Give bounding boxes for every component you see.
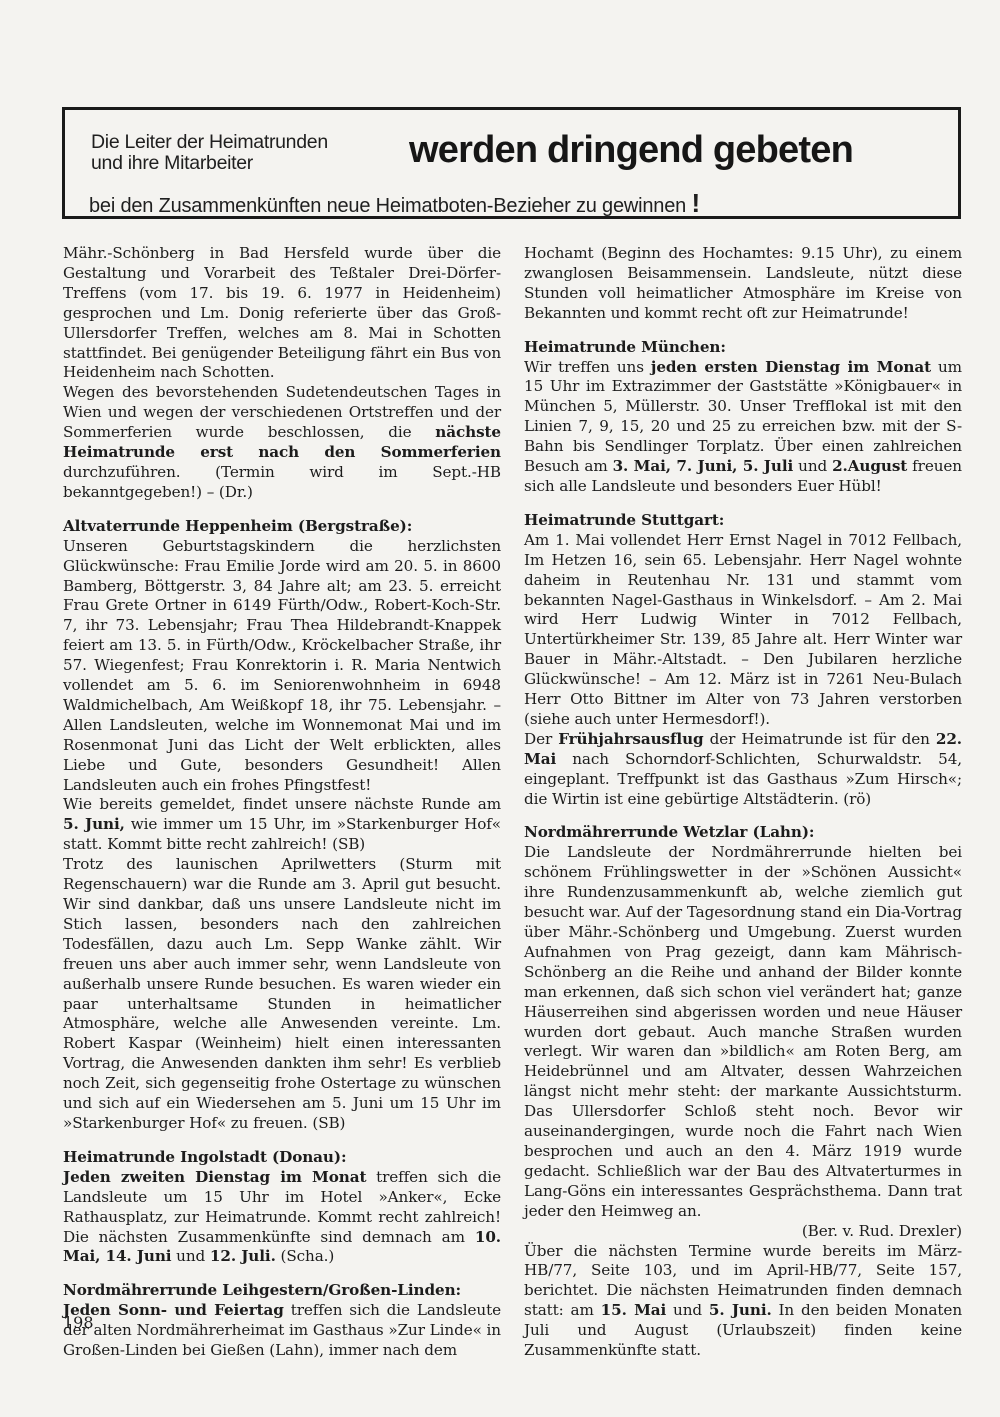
left-column: Mähr.-Schönberg in Bad Hersfeld wurde üb… bbox=[63, 244, 501, 1361]
text-run: durchzuführen. (Termin wird im Sept.-HB … bbox=[63, 463, 501, 501]
paragraph-leihgestern: Jeden Sonn- und Feiertag treffen sich di… bbox=[63, 1301, 501, 1361]
bold-text-run: Jeden zweiten Dienstag im Monat bbox=[63, 1168, 366, 1186]
text-run: und bbox=[793, 457, 832, 475]
bold-text-run: 2.August bbox=[832, 457, 907, 475]
notice-left-line-1: Die Leiter der Heimatrunden bbox=[91, 132, 328, 153]
notice-headline: werden dringend gebeten bbox=[409, 128, 853, 172]
paragraph-birthdays: Unseren Geburtstagskindern die herzlichs… bbox=[63, 537, 501, 796]
document-page: Die Leiter der Heimatrunden und ihre Mit… bbox=[0, 0, 1000, 1417]
bold-text-run: 5. Juni. bbox=[709, 1301, 772, 1319]
notice-bottom-line: bei den Zusammenkünften neue Heimatboten… bbox=[89, 188, 700, 219]
text-run: Der bbox=[524, 730, 558, 748]
paragraph-wetzlar: Die Landsleute der Nordmährerrunde hielt… bbox=[524, 843, 962, 1221]
heading-altvaterrunde: Altvaterrunde Heppenheim (Bergstraße): bbox=[63, 517, 501, 537]
heading-wetzlar: Nordmährerrunde Wetzlar (Lahn): bbox=[524, 823, 962, 843]
paragraph-muenchen: Wir treffen uns jeden ersten Dienstag im… bbox=[524, 358, 962, 497]
notice-addressees: Die Leiter der Heimatrunden und ihre Mit… bbox=[91, 132, 328, 174]
text-run: nach Schorndorf-Schlichten, Schurwaldstr… bbox=[524, 750, 962, 808]
text-run: der Heimatrunde ist für den bbox=[704, 730, 936, 748]
paragraph-april-meeting: Trotz des launischen Aprilwetters (Sturm… bbox=[63, 855, 501, 1134]
heading-muenchen: Heimatrunde München: bbox=[524, 338, 962, 358]
notice-box: Die Leiter der Heimatrunden und ihre Mit… bbox=[62, 107, 961, 219]
bold-text-run: 5. Juni, bbox=[63, 815, 125, 833]
heading-ingolstadt: Heimatrunde Ingolstadt (Donau): bbox=[63, 1148, 501, 1168]
report-signature: (Ber. v. Rud. Drexler) bbox=[524, 1222, 962, 1242]
bold-text-run: 3. Mai, 7. Juni, 5. Juli bbox=[613, 457, 794, 475]
bold-text-run: jeden ersten Dienstag im Monat bbox=[651, 358, 931, 376]
text-run: Wir treffen uns bbox=[524, 358, 651, 376]
text-run: und bbox=[171, 1247, 209, 1265]
paragraph-stuttgart: Am 1. Mai vollendet Herr Ernst Nagel in … bbox=[524, 531, 962, 730]
right-column: Hochamt (Beginn des Hochamtes: 9.15 Uhr)… bbox=[524, 244, 962, 1361]
text-run: wie immer um 15 Uhr, im »Starkenburger H… bbox=[63, 815, 501, 853]
notice-bottom-text: bei den Zusammenkünften neue Heimatboten… bbox=[89, 195, 686, 217]
page-number: 198 bbox=[63, 1313, 94, 1332]
bold-text-run: 12. Juli. bbox=[210, 1247, 276, 1265]
paragraph-hersfeld: Mähr.-Schönberg in Bad Hersfeld wurde üb… bbox=[63, 244, 501, 383]
heading-stuttgart: Heimatrunde Stuttgart: bbox=[524, 511, 962, 531]
text-run: Wie bereits gemeldet, findet unsere näch… bbox=[63, 795, 501, 813]
paragraph-fruehjahrsausflug: Der Frühjahrsausflug der Heimatrunde ist… bbox=[524, 730, 962, 810]
notice-left-line-2: und ihre Mitarbeiter bbox=[91, 153, 328, 174]
paragraph-hochamt: Hochamt (Beginn des Hochamtes: 9.15 Uhr)… bbox=[524, 244, 962, 324]
text-run: und bbox=[666, 1301, 709, 1319]
paragraph-sommerferien: Wegen des bevorstehenden Sudetendeutsche… bbox=[63, 383, 501, 502]
heading-leihgestern: Nordmährerrunde Leihgestern/Großen-Linde… bbox=[63, 1281, 501, 1301]
bold-text-run: 15. Mai bbox=[601, 1301, 667, 1319]
paragraph-ingolstadt: Jeden zweiten Dienstag im Monat treffen … bbox=[63, 1168, 501, 1268]
paragraph-next-dates: Über die nächsten Termine wurde bereits … bbox=[524, 1242, 962, 1361]
text-run: (Scha.) bbox=[276, 1247, 334, 1265]
bold-text-run: Jeden Sonn- und Feiertag bbox=[63, 1301, 284, 1319]
bold-text-run: Frühjahrsausflug bbox=[558, 730, 703, 748]
paragraph-next-meeting: Wie bereits gemeldet, findet unsere näch… bbox=[63, 795, 501, 855]
exclamation-mark: ! bbox=[691, 188, 699, 218]
